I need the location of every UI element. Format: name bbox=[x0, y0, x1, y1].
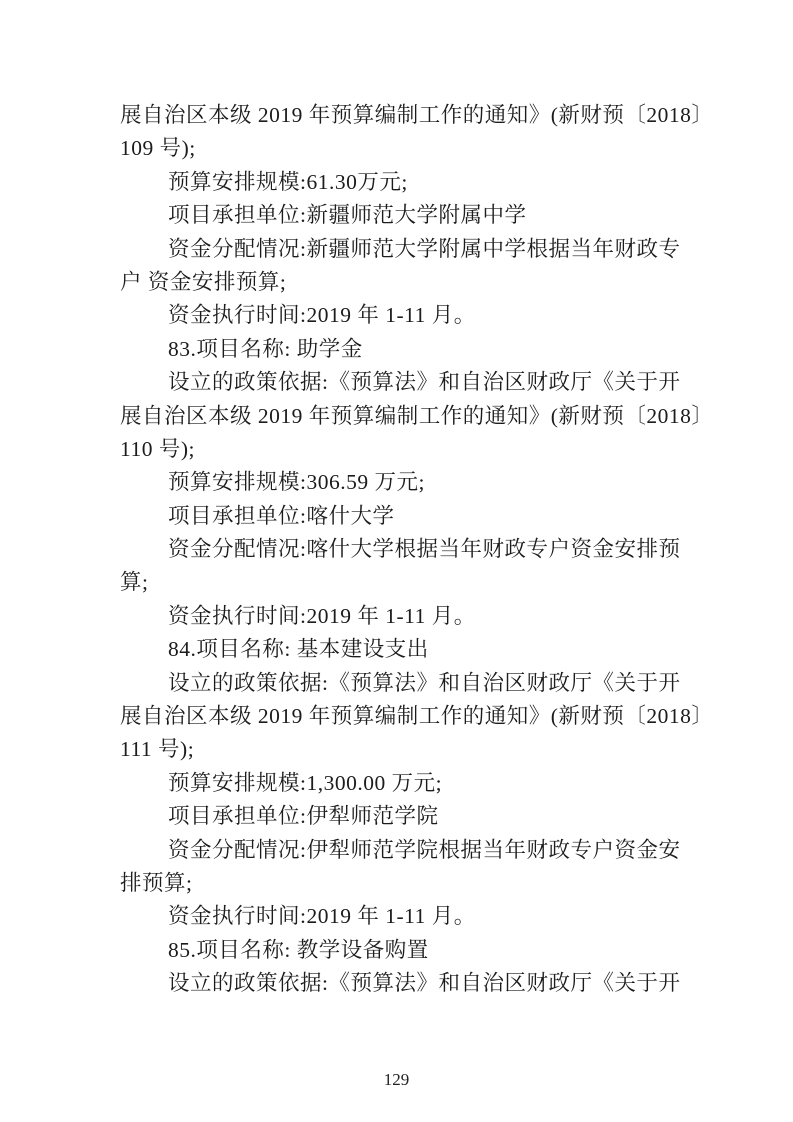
text-line: 户 资金安排预算; bbox=[120, 266, 674, 299]
text-line: 项目承担单位:伊犁师范学院 bbox=[120, 800, 674, 833]
text-line: 预算安排规模:61.30万元; bbox=[120, 166, 674, 199]
text-line: 展自治区本级 2019 年预算编制工作的通知》(新财预〔2018〕 bbox=[120, 99, 674, 132]
text-line: 资金分配情况:伊犁师范学院根据当年财政专户资金安 bbox=[120, 834, 674, 867]
text-line: 109 号); bbox=[120, 132, 674, 165]
text-line: 资金执行时间:2019 年 1-11 月。 bbox=[120, 900, 674, 933]
page-number: 129 bbox=[0, 1070, 793, 1090]
text-line: 预算安排规模:306.59 万元; bbox=[120, 466, 674, 499]
text-line: 项目承担单位:新疆师范大学附属中学 bbox=[120, 199, 674, 232]
document-page: 展自治区本级 2019 年预算编制工作的通知》(新财预〔2018〕 109 号)… bbox=[0, 0, 793, 1122]
text-line: 资金分配情况:新疆师范大学附属中学根据当年财政专 bbox=[120, 233, 674, 266]
text-line: 85.项目名称: 教学设备购置 bbox=[120, 934, 674, 967]
text-line: 110 号); bbox=[120, 433, 674, 466]
text-line: 排预算; bbox=[120, 867, 674, 900]
text-line: 资金执行时间:2019 年 1-11 月。 bbox=[120, 299, 674, 332]
text-line: 展自治区本级 2019 年预算编制工作的通知》(新财预〔2018〕 bbox=[120, 400, 674, 433]
text-line: 项目承担单位:喀什大学 bbox=[120, 500, 674, 533]
text-line: 设立的政策依据:《预算法》和自治区财政厅《关于开 bbox=[120, 667, 674, 700]
text-line: 111 号); bbox=[120, 733, 674, 766]
text-line: 设立的政策依据:《预算法》和自治区财政厅《关于开 bbox=[120, 366, 674, 399]
text-line: 83.项目名称: 助学金 bbox=[120, 333, 674, 366]
text-line: 预算安排规模:1,300.00 万元; bbox=[120, 767, 674, 800]
text-line: 设立的政策依据:《预算法》和自治区财政厅《关于开 bbox=[120, 967, 674, 1000]
text-line: 资金执行时间:2019 年 1-11 月。 bbox=[120, 600, 674, 633]
text-line: 资金分配情况:喀什大学根据当年财政专户资金安排预 bbox=[120, 533, 674, 566]
document-text-block: 展自治区本级 2019 年预算编制工作的通知》(新财预〔2018〕 109 号)… bbox=[120, 99, 674, 1001]
text-line: 算; bbox=[120, 566, 674, 599]
text-line: 84.项目名称: 基本建设支出 bbox=[120, 633, 674, 666]
text-line: 展自治区本级 2019 年预算编制工作的通知》(新财预〔2018〕 bbox=[120, 700, 674, 733]
